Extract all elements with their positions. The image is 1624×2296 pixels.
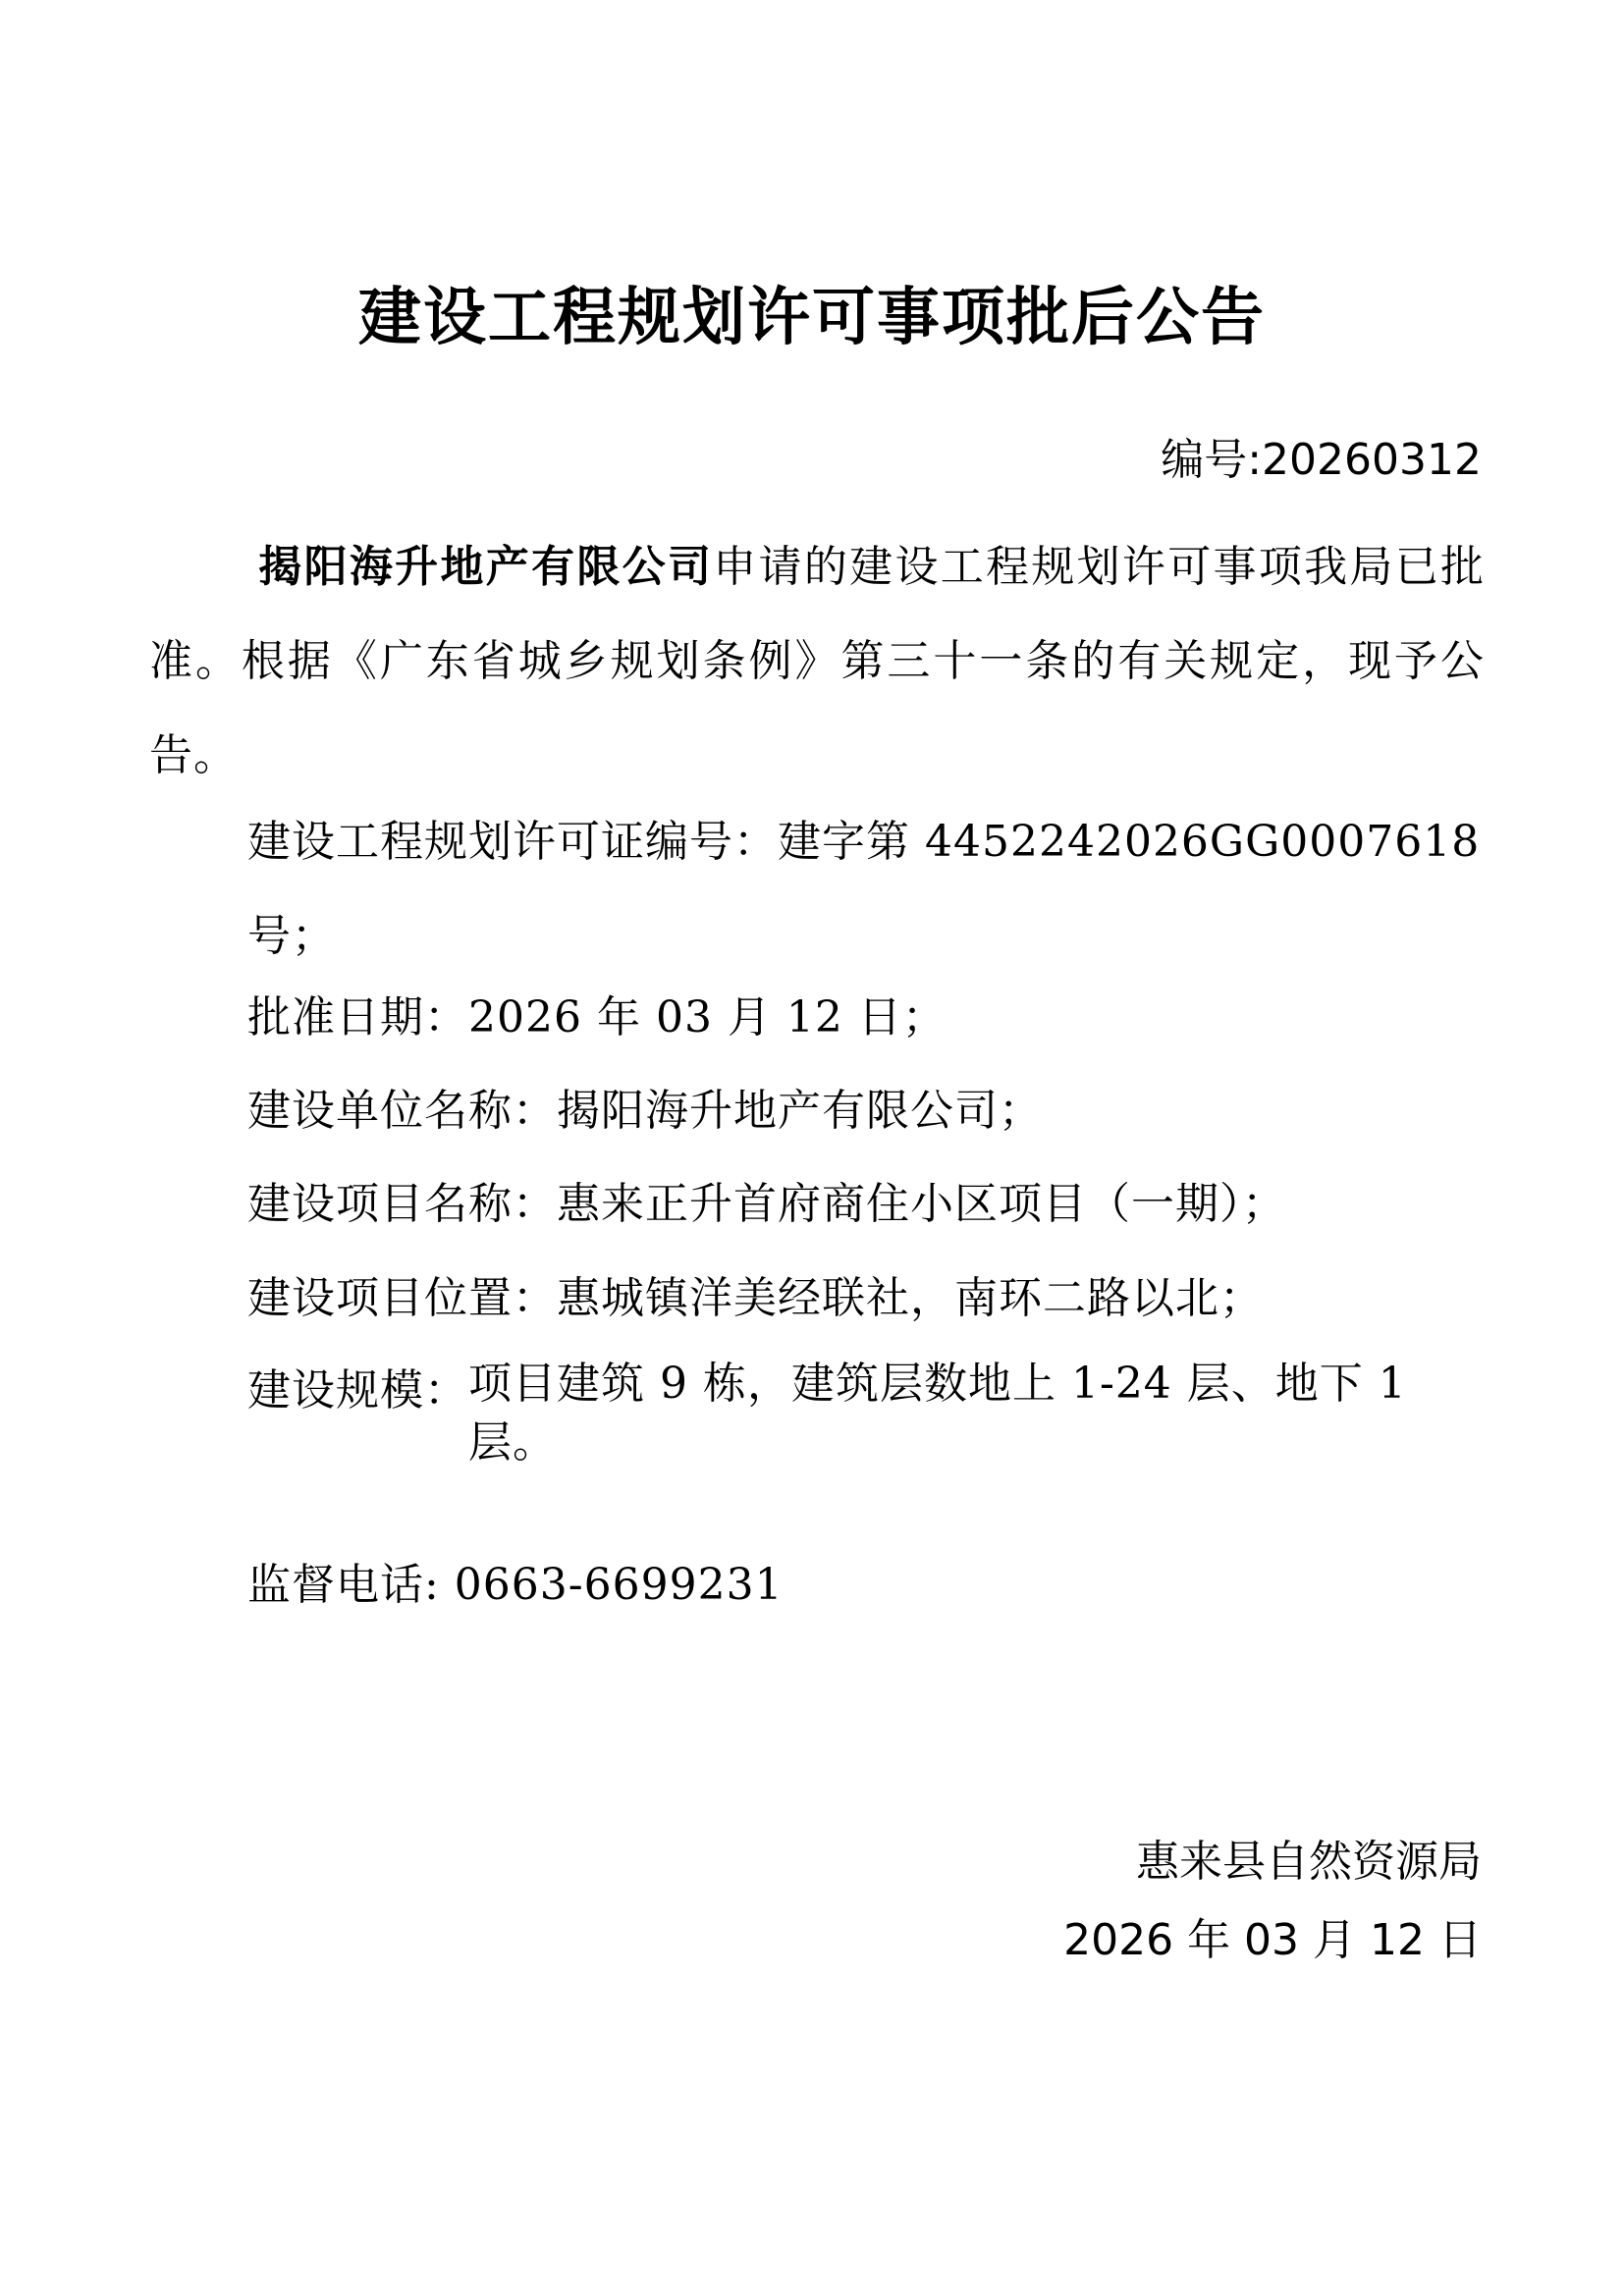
construction-scale: 建设规模： 项目建筑 9 栋，建筑层数地上 1-24 层、地下 1 层。 (247, 1355, 1460, 1472)
scale-value: 项目建筑 9 栋，建筑层数地上 1-24 层、地下 1 层。 (468, 1355, 1460, 1472)
construction-unit: 建设单位名称：揭阳海升地产有限公司； (247, 1075, 1043, 1138)
supervision-hotline: 监督电话: 0663-6699231 (247, 1549, 784, 1612)
applicant-company: 揭阳海升地产有限公司 (257, 542, 713, 592)
notice-page: 建设工程规划许可事项批后公告 编号:20260312 揭阳海升地产有限公司申请的… (0, 0, 1624, 2296)
project-name: 建设项目名称：惠来正升首府商住小区项目（一期）； (247, 1168, 1286, 1231)
issuing-authority: 惠来县自然资源局 (1136, 1826, 1482, 1889)
permit-number: 建设工程规划许可证编号：建字第 4452242026GG0007618 号； (247, 795, 1485, 984)
intro-paragraph: 揭阳海升地产有限公司申请的建设工程规划许可事项我局已批准。根据《广东省城乡规划条… (149, 520, 1485, 803)
approval-date: 批准日期：2026 年 03 月 12 日； (247, 982, 947, 1044)
project-location: 建设项目位置：惠城镇洋美经联社，南环二路以北； (247, 1262, 1264, 1325)
scale-label: 建设规模： (247, 1355, 468, 1472)
page-title: 建设工程规划许可事项批后公告 (0, 267, 1624, 357)
document-number: 编号:20260312 (1161, 424, 1482, 487)
issue-date: 2026 年 03 月 12 日 (1063, 1904, 1482, 1967)
